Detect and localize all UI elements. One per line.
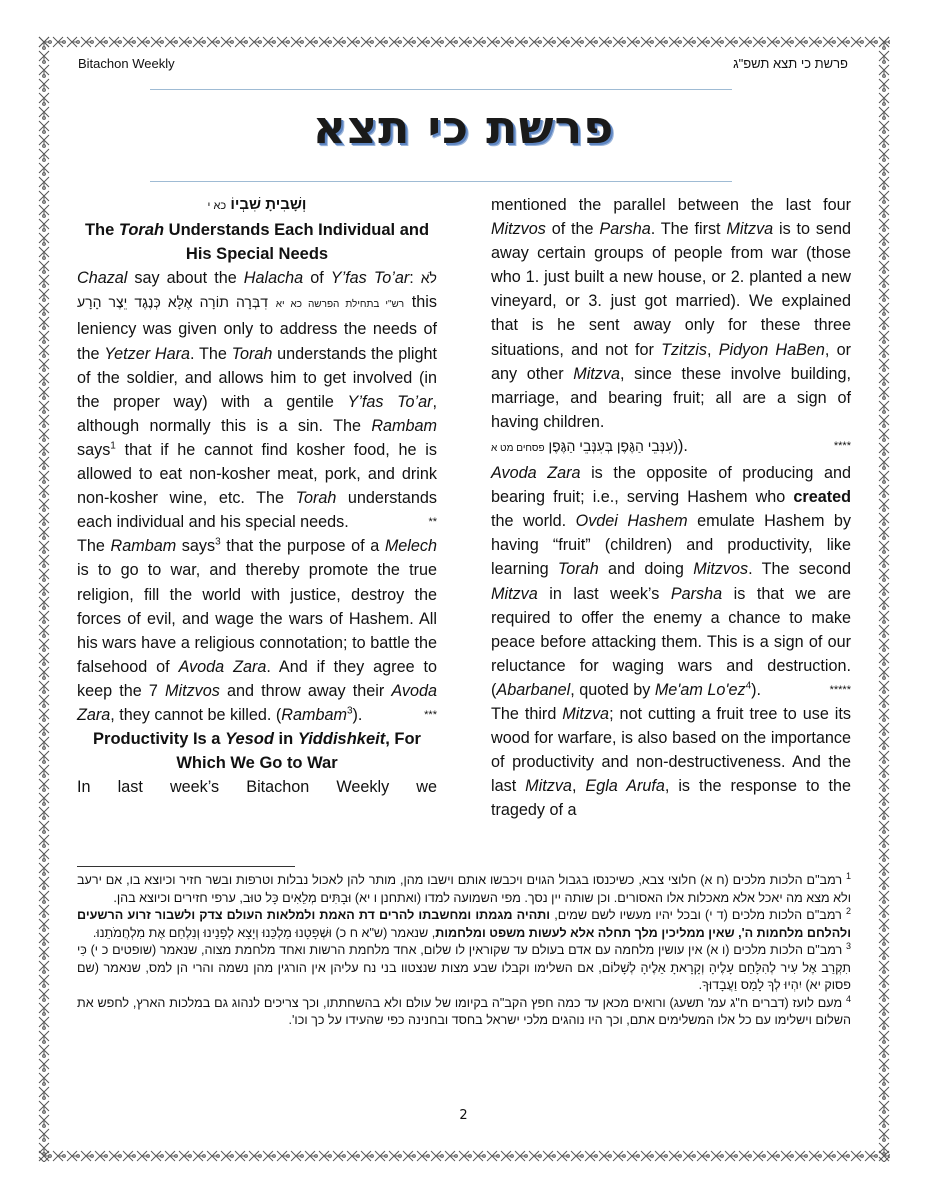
text: Y’fas To’ar [331,269,409,287]
title-rule-top [150,89,732,90]
text: Mitzva [491,585,538,603]
text: , [707,341,719,359]
border-pattern-right-icon [878,36,890,1162]
hebrew-quote: (עִנְּבֵי הַגֶּפֶן בְּעִנְּבֵי הַגֶּפֶן … [491,438,678,454]
text: and doing [599,560,694,578]
text: ). [353,706,363,724]
heading-text: Yiddishkeit [298,730,385,748]
text: Y’fas To’ar [348,393,433,411]
text: (עִנְּבֵי הַגֶּפֶן בְּעִנְּבֵי הַגֶּפֶן [548,438,678,454]
footnote-number: 4 [846,993,851,1003]
text: of the [546,220,600,238]
source-ref: רש"י בתחילת הפרשה כא יא [276,299,404,310]
text: Rambam [371,417,437,435]
source-ref: פסחים מט א [491,443,545,454]
parsha-date-label: פרשת כי תצא תשפ"ג [733,56,848,71]
text: say about the [127,269,243,287]
page-title: פרשת כי תצא [0,100,927,154]
text: Melech [385,537,437,555]
heading-text: Understands Each Individual and His Spec… [164,221,429,263]
text: Torah [232,345,273,363]
text: Chazal [77,269,127,287]
text: Rambam [111,537,177,555]
text: : [409,269,421,287]
text: in last week’s [538,585,671,603]
text: ). [751,681,761,699]
publication-name: Bitachon Weekly [78,56,175,71]
section-separator: **** [834,434,851,458]
footnote-number: 2 [846,906,851,916]
text: . The second [748,560,851,578]
text: Mitzvos [491,220,546,238]
left-column: וְשָׁבִיתָ שִׁבְיוֹ כא י The Torah Under… [77,193,437,799]
border-pattern-left-icon [38,36,50,1162]
hebrew-verse: וְשָׁבִיתָ שִׁבְיוֹ [230,196,306,213]
right-column: mentioned the parallel between the last … [491,193,851,822]
text: says [176,537,215,555]
text: Parsha [599,220,650,238]
text: ). [678,437,688,455]
text: Rambam [281,706,347,724]
title-rule-bottom [150,181,732,182]
text: Torah [296,489,337,507]
footnote-3: 3 רמב"ם הלכות מלכים (ו א) אין עושין מלחמ… [77,942,851,995]
text: Avoda Zara [491,464,580,482]
heading-text: The [85,221,119,239]
text: Mitzvos [165,682,220,700]
text: , they cannot be killed. ( [110,706,281,724]
heading-text: Torah [119,221,164,239]
footnote-text: , שנאמר (ש"א ח כ) וּשְׁפָטָנוּ מַלְכֵּנו… [93,926,435,940]
paragraph: mentioned the parallel between the last … [491,193,851,461]
text: mentioned the parallel between the last … [491,196,851,214]
heading-text: in [274,730,298,748]
hebrew-verse-heading: וְשָׁבִיתָ שִׁבְיוֹ כא י [77,193,437,218]
text: Mitzva [562,705,609,723]
text: and throw away their [220,682,392,700]
section-separator: *** [424,703,437,727]
text: Ovdei Hashem [576,512,688,530]
text: Mitzvos [693,560,748,578]
text: is to send away certain groups of people… [491,220,851,358]
section-heading-2: Productivity Is a Yesod in Yiddishkeit, … [77,727,437,775]
text: that the purpose of a [221,537,385,555]
footnote-4: 4 מעם לועז (דברים ח"ג עמ' תשעג) ורואים מ… [77,995,851,1030]
footnote-text: רמב"ם הלכות מלכים (ד י) ובכל יהיו מעשיו … [550,908,842,922]
border-pattern-bottom-icon [38,1150,890,1162]
footnotes: 1 רמב"ם הלכות מלכים (ח א) חלוצי צבא, כשי… [77,872,851,1030]
footnote-number: 1 [846,871,851,881]
text: , quoted by [570,681,655,699]
paragraph: The third Mitzva; not cutting a fruit tr… [491,702,851,822]
text: The third [491,705,562,723]
section-heading-1: The Torah Understands Each Individual an… [77,218,437,266]
heading-text: Productivity Is a [93,730,225,748]
text: Mitzva [726,220,773,238]
text: Tzitzis [661,341,707,359]
text: of [303,269,331,287]
footnote-text: מעם לועז (דברים ח"ג עמ' תשעג) ורואים מכא… [77,996,851,1028]
text: Me'am Lo'ez [655,681,746,699]
border-pattern-top-icon [38,36,890,48]
text: Yetzer Hara [104,345,190,363]
footnote-2: 2 רמב"ם הלכות מלכים (ד י) ובכל יהיו מעשי… [77,907,851,942]
section-separator: ***** [830,678,851,702]
text: the world. [491,512,576,530]
text: Avoda Zara [179,658,267,676]
text: Mitzva [573,365,620,383]
text: Mitzva [525,777,572,795]
footnote-text: רמב"ם הלכות מלכים (ח א) חלוצי צבא, כשיכנ… [77,873,851,905]
text: created [793,488,851,506]
text: Torah [558,560,599,578]
section-separator: ** [428,510,437,534]
paragraph: In last week’s Bitachon Weekly we [77,775,437,799]
text: says [77,441,110,459]
text: Halacha [244,269,303,287]
paragraph: The Rambam says3 that the purpose of a M… [77,534,437,727]
text: Egla Arufa [585,777,664,795]
footnote-text: רמב"ם הלכות מלכים (ו א) אין עושין מלחמה … [77,943,851,992]
footnote-number: 3 [846,941,851,951]
footnote-separator [77,866,295,867]
text: . The [190,345,232,363]
text: Parsha [671,585,722,603]
paragraph: Chazal say about the Halacha of Y’fas To… [77,266,437,534]
footnote-1: 1 רמב"ם הלכות מלכים (ח א) חלוצי צבא, כשי… [77,872,851,907]
page-number: 2 [0,1108,927,1123]
text: . The first [651,220,727,238]
text: Pidyon HaBen [719,341,825,359]
verse-ref: כא י [208,200,227,212]
text: Abarbanel [496,681,570,699]
heading-text: Yesod [225,730,274,748]
text: The [77,537,111,555]
text: , [572,777,585,795]
paragraph: Avoda Zara is the opposite of producing … [491,461,851,702]
page-header: Bitachon Weekly פרשת כי תצא תשפ"ג [78,56,848,76]
